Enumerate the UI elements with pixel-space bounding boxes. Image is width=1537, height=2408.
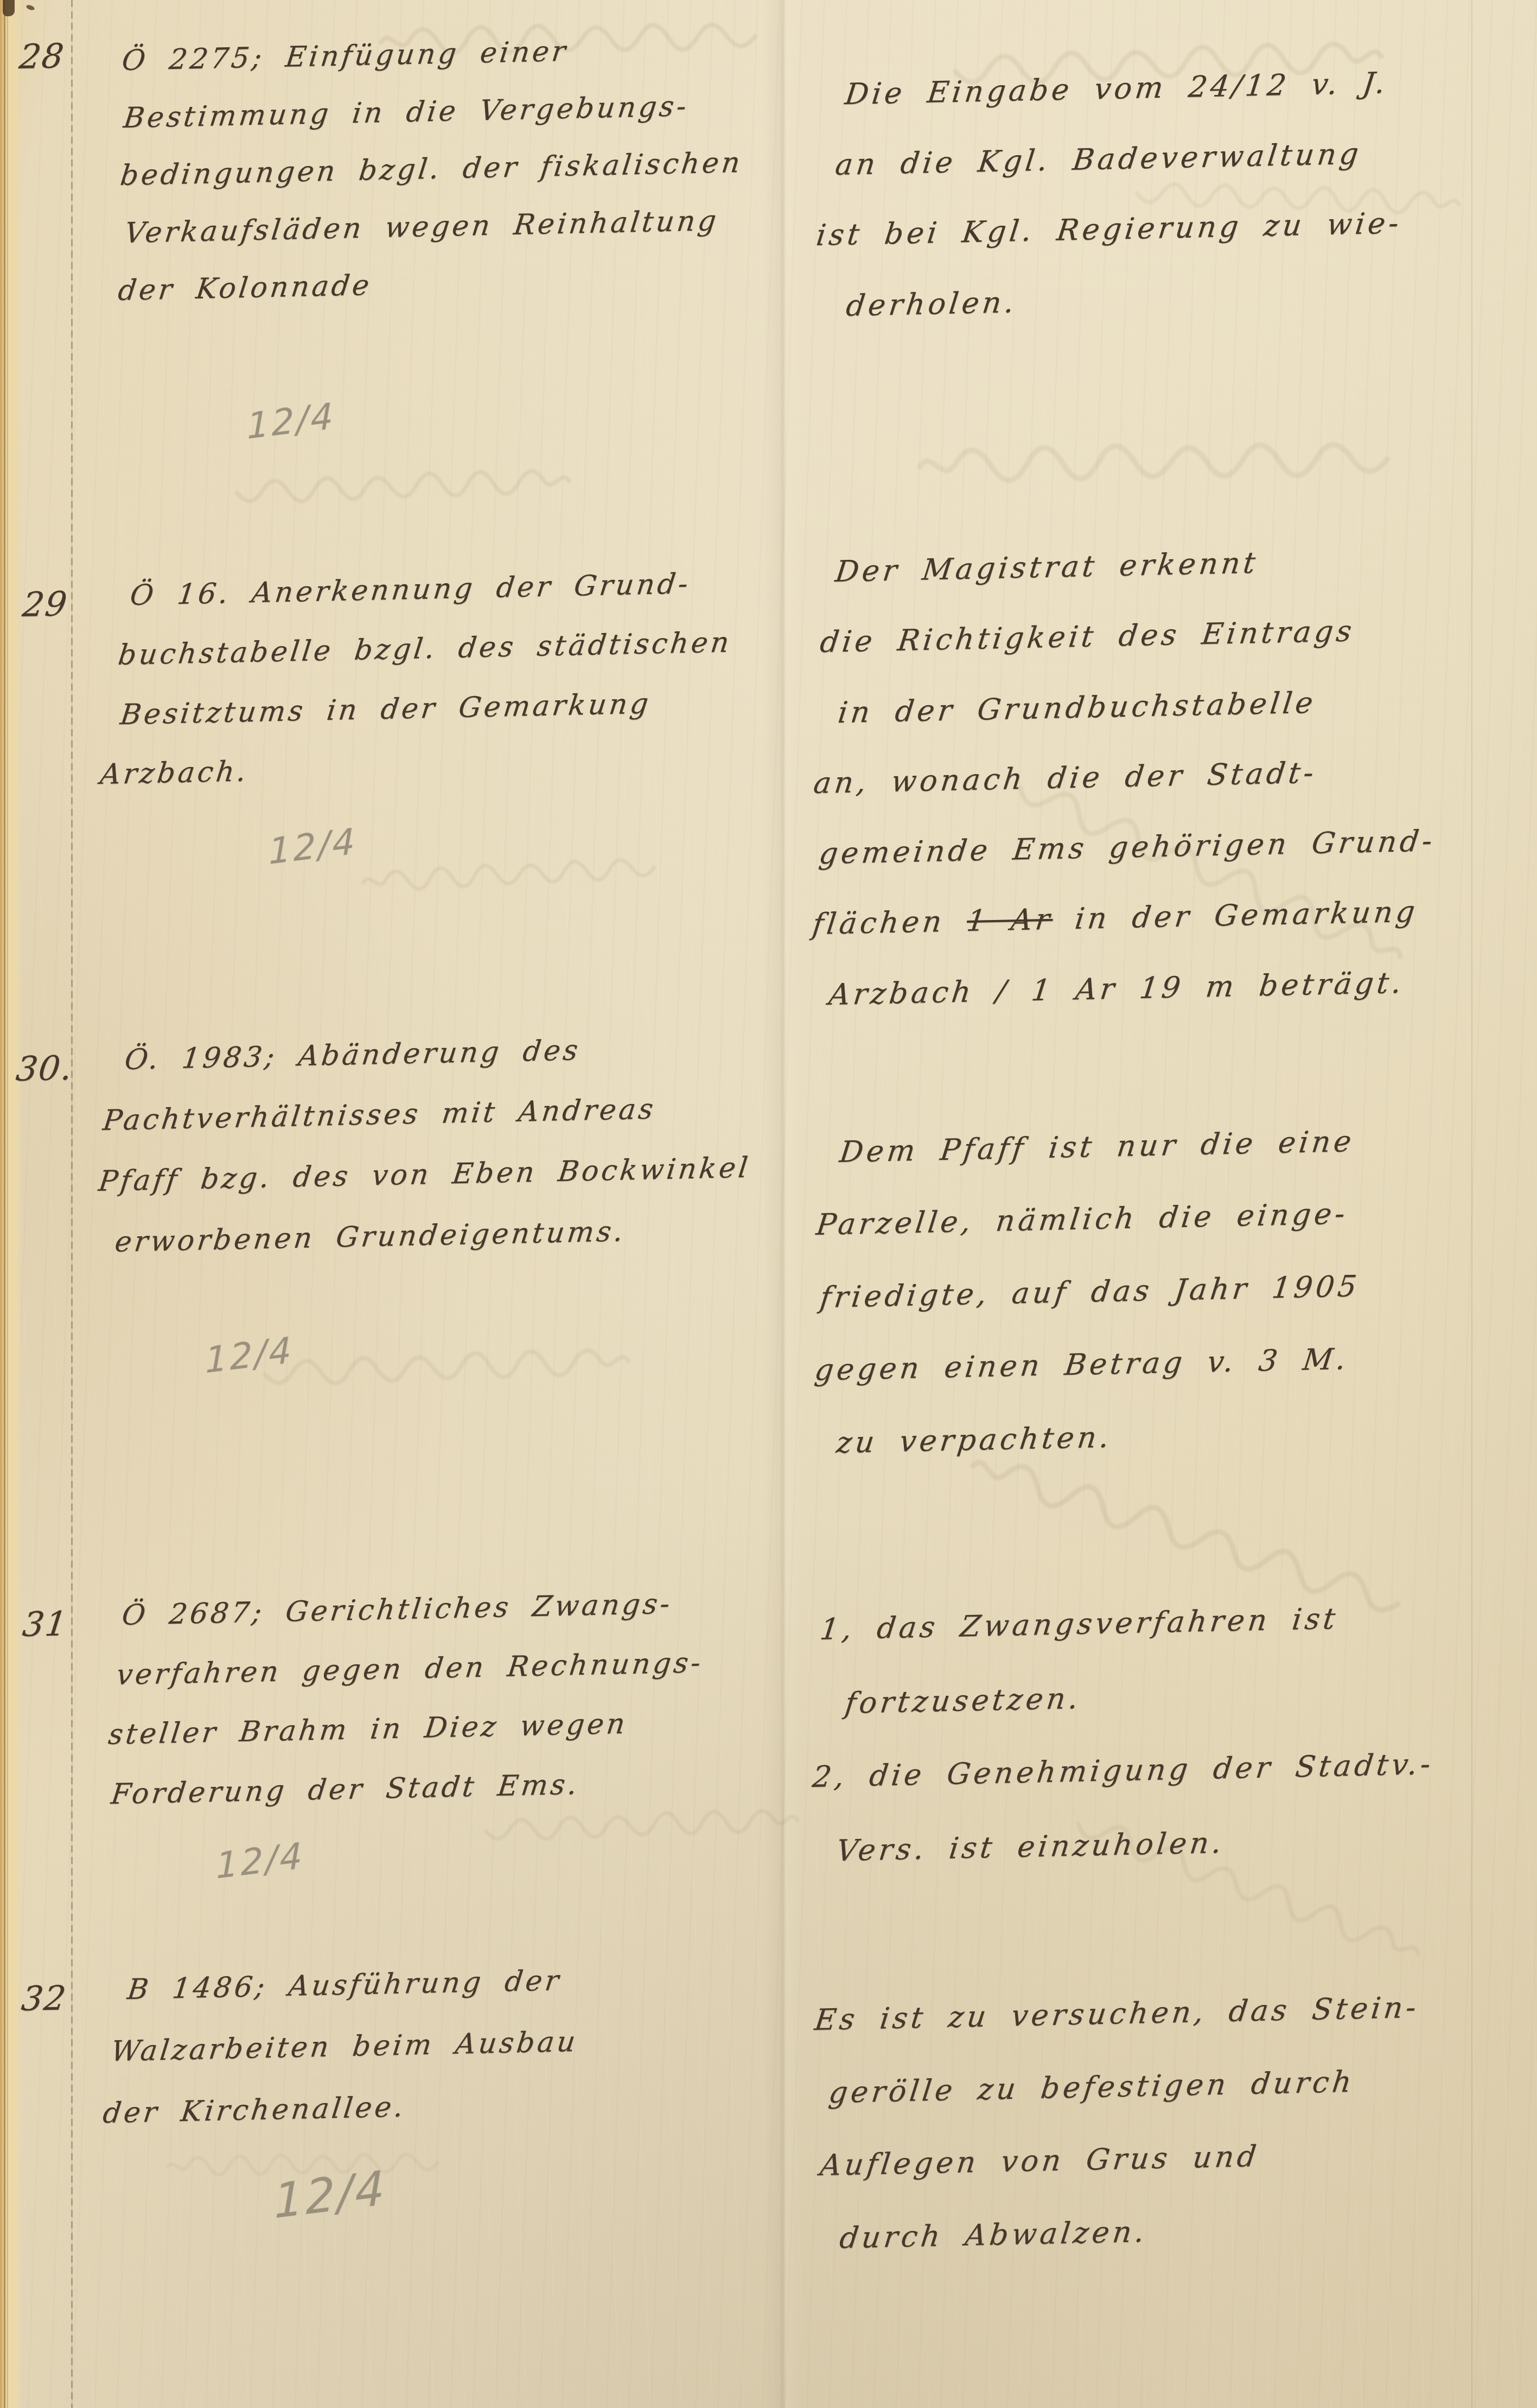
ink-bleed-ghost — [1063, 1799, 1432, 1972]
scan-corner-mark — [25, 4, 35, 11]
ink-bleed-ghost — [477, 1801, 803, 1846]
number-column-rule — [71, 0, 73, 2408]
entry-decision-line: Arzbach / 1 Ar 19 m beträgt. — [827, 966, 1406, 1012]
entry-subject-line: der Kirchenallee. — [101, 2091, 407, 2130]
right-margin-line — [1471, 0, 1472, 2408]
entry-subject-line: Verkaufsläden wegen Reinhaltung — [123, 205, 720, 250]
entry-decision-line: flächen 1 Ar in der Gemarkung — [811, 895, 1420, 942]
book-spine-edge — [0, 0, 22, 2408]
spine-edge-line — [7, 0, 8, 2408]
entry-subject-line: Forderung der Stadt Ems. — [109, 1768, 581, 1811]
entry-decision-line: fortzusetzen. — [843, 1681, 1083, 1720]
entry-decision-line: gegen einen Betrag v. 3 M. — [813, 1342, 1351, 1387]
entry-subject-line: Arzbach. — [98, 755, 250, 791]
ink-bleed-ghost — [959, 1437, 1417, 1627]
entry-decision-line: gerölle zu befestigen durch — [827, 2065, 1356, 2110]
date-pencil-note: 12/4 — [268, 820, 357, 873]
entry-decision-line: Die Eingabe vom 24/12 v. J. — [843, 66, 1390, 111]
entry-decision-line: Der Magistrat erkennt — [833, 546, 1260, 589]
entry-subject-line: Ö 2275; Einfügung einer — [120, 35, 570, 77]
entry-decision-line: Es ist zu versuchen, das Stein- — [813, 1990, 1421, 2037]
decision-text: flächen — [811, 904, 969, 941]
date-pencil-note: 12/4 — [246, 395, 335, 448]
entry-decision-line: gemeinde Ems gehörigen Grund- — [817, 823, 1437, 871]
center-fold-crease — [763, 0, 803, 2408]
entry-decision-line: die Richtigkeit des Eintrags — [818, 614, 1356, 659]
ink-bleed-ghost — [227, 461, 576, 509]
entry-decision-line: ist bei Kgl. Regierung zu wie- — [814, 206, 1404, 252]
entry-decision-line: friedigte, auf das Jahr 1905 — [818, 1269, 1362, 1314]
ink-bleed-ghost — [911, 430, 1400, 489]
entry-number: 31 — [21, 1604, 71, 1644]
date-pencil-note: 12/4 — [273, 2161, 387, 2230]
entry-decision-line: zu verpachten. — [834, 1420, 1114, 1460]
entry-number: 29 — [21, 584, 71, 624]
entry-number: 32 — [20, 1978, 69, 2019]
scan-corner-mark — [3, 0, 15, 16]
ink-bleed-ghost — [358, 849, 662, 896]
entry-subject-line: Pachtverhältnisses mit Andreas — [101, 1093, 658, 1137]
date-pencil-note: 12/4 — [205, 1329, 294, 1382]
struck-text: 1 Ar — [965, 902, 1055, 938]
entry-decision-line: 2, die Genehmigung der Stadtv.- — [811, 1747, 1436, 1794]
decision-text: in der Gemarkung — [1051, 895, 1420, 936]
entry-decision-line: an die Kgl. Badeverwaltung — [833, 137, 1363, 182]
entry-subject-line: B 1486; Ausführung der — [125, 1964, 563, 2006]
entry-decision-line: Dem Pfaff ist nur die eine — [838, 1124, 1356, 1169]
entry-decision-line: derholen. — [844, 285, 1019, 323]
ink-bleed-ghost — [254, 1339, 635, 1391]
entry-number: 28 — [17, 36, 67, 76]
entry-decision-line: Auflegen von Grus und — [818, 2139, 1261, 2182]
entry-decision-line: Vers. ist einzuholen. — [834, 1825, 1227, 1868]
entry-subject-line: Ö. 1983; Abänderung des — [123, 1034, 582, 1076]
entry-subject-line: bedingungen bzgl. der fiskalischen — [118, 146, 744, 192]
entry-decision-line: durch Abwalzen. — [838, 2214, 1149, 2255]
entry-decision-line: Parzelle, nämlich die einge- — [814, 1196, 1350, 1242]
spine-edge-line — [4, 0, 5, 2408]
entry-subject-line: der Kolonnade — [116, 269, 373, 307]
entry-decision-line: an, wonach die der Stadt- — [812, 755, 1318, 800]
entry-subject-line: verfahren gegen den Rechnungs- — [114, 1646, 705, 1691]
entry-subject-line: Besitztums in der Gemarkung — [118, 687, 653, 731]
entry-subject-line: Bestimmung in die Vergebungs- — [122, 90, 691, 135]
entry-number: 30. — [14, 1048, 75, 1089]
register-page: 28 Ö 2275; Einfügung einer Bestimmung in… — [0, 0, 1537, 2408]
entry-subject-line: Ö 16. Anerkennung der Grund- — [128, 567, 692, 612]
date-pencil-note: 12/4 — [215, 1835, 304, 1887]
entry-subject-line: Walzarbeiten beim Ausbau — [109, 2026, 579, 2068]
entry-subject-line: buchstabelle bzgl. des städtischen — [116, 626, 733, 672]
entry-subject-line: Ö 2687; Gerichtliches Zwangs- — [120, 1588, 674, 1632]
entry-subject-line: steller Brahm in Diez wegen — [106, 1708, 629, 1751]
entry-decision-line: 1, das Zwangsverfahren ist — [818, 1601, 1340, 1646]
entry-subject-line: Pfaff bzg. des von Eben Bockwinkel — [97, 1152, 752, 1198]
entry-decision-line: in der Grundbuchstabelle — [836, 685, 1318, 730]
entry-subject-line: erworbenen Grundeigentums. — [113, 1215, 627, 1259]
